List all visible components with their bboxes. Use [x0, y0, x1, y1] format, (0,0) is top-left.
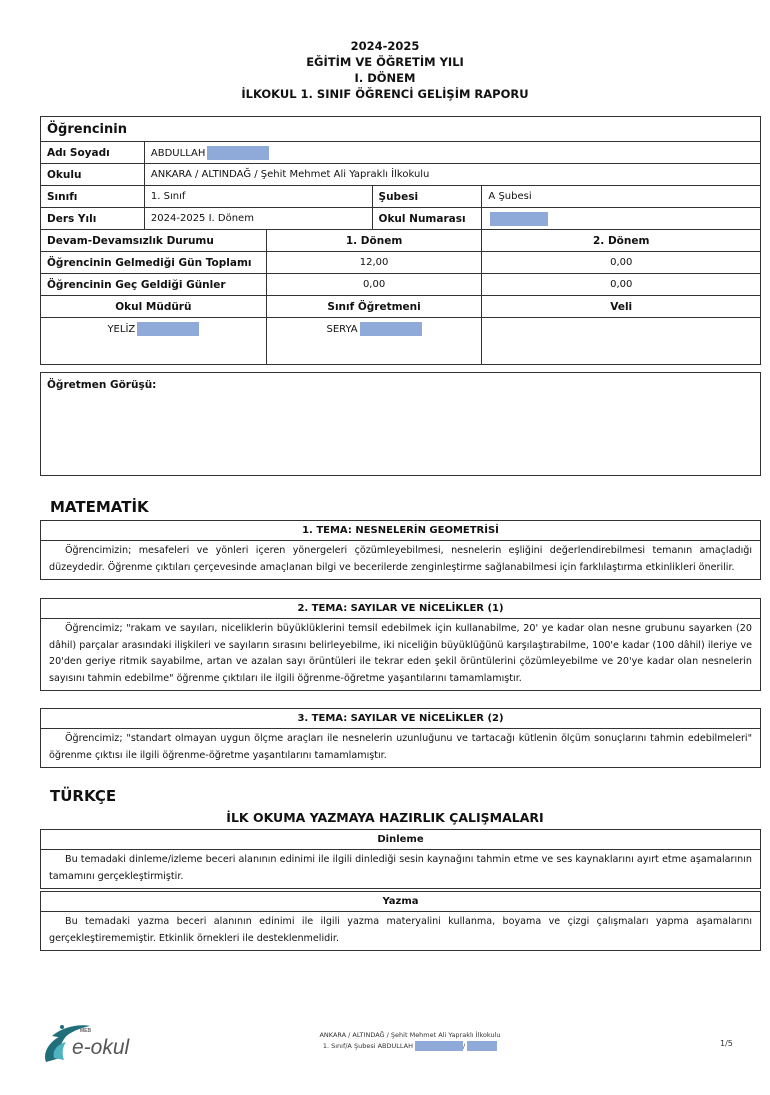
attendance-row: Öğrencinin Gelmediği Gün Toplamı 12,00 0… [41, 252, 761, 274]
name-value: ABDULLAH [151, 148, 205, 159]
theme-title: Yazma [41, 892, 760, 912]
late-days-term2: 0,00 [482, 274, 761, 296]
class-value: 1. Sınıf [144, 186, 372, 208]
report-header: 2024-2025 EĞİTİM VE ÖĞRETİM YILI I. DÖNE… [0, 38, 770, 102]
turkish-subtitle: İLK OKUMA YAZMAYA HAZIRLIK ÇALIŞMALARI [0, 810, 770, 825]
redacted-teacher-surname [360, 322, 422, 336]
teacher-signature: SERYA [266, 318, 482, 365]
absent-days-label: Öğrencinin Gelmediği Gün Toplamı [41, 252, 267, 274]
redacted-principal-surname [137, 322, 199, 336]
branch-value: A Şubesi [482, 186, 761, 208]
e-okul-swoosh-icon: MEB e-okul [40, 1018, 160, 1068]
branch-label: Şubesi [372, 186, 482, 208]
theme-text: Öğrencimiz; "standart olmayan uygun ölçm… [41, 729, 760, 767]
turkish-theme-listening: Dinleme Bu temadaki dinleme/izleme becer… [40, 829, 761, 889]
name-label: Adı Soyadı [41, 142, 145, 164]
parent-label: Veli [482, 296, 761, 318]
footer-info: ANKARA / ALTINDAĞ / Şehit Mehmet Ali Yap… [260, 1030, 560, 1052]
svg-text:e-okul: e-okul [72, 1036, 131, 1059]
redacted-footer-number [467, 1041, 497, 1051]
footer-school: ANKARA / ALTINDAĞ / Şehit Mehmet Ali Yap… [260, 1030, 560, 1041]
number-cell [482, 208, 761, 230]
principal-label: Okul Müdürü [41, 296, 267, 318]
year-value: 2024-2025 I. Dönem [144, 208, 372, 230]
theme-title: 3. TEMA: SAYILAR VE NİCELİKLER (2) [41, 709, 760, 729]
turkish-theme-writing: Yazma Bu temadaki yazma beceri alanının … [40, 891, 761, 951]
header-academic-year: EĞİTİM VE ÖĞRETİM YILI [0, 54, 770, 70]
footer-student: 1. Sınıf/A Şubesi ABDULLAH/ [260, 1041, 560, 1052]
theme-text: Bu temadaki yazma beceri alanının edinim… [41, 912, 760, 950]
student-section-title: Öğrencinin [41, 117, 761, 142]
student-info-table: Öğrencinin Adı Soyadı ABDULLAH Okulu ANK… [40, 116, 761, 365]
redacted-number [490, 212, 548, 226]
teacher-label: Sınıf Öğretmeni [266, 296, 482, 318]
late-days-label: Öğrencinin Geç Geldiği Günler [41, 274, 267, 296]
parent-signature [482, 318, 761, 365]
absent-days-term2: 0,00 [482, 252, 761, 274]
report-title: İLKOKUL 1. SINIF ÖĞRENCİ GELİŞİM RAPORU [0, 86, 770, 102]
attendance-row: Öğrencinin Geç Geldiği Günler 0,00 0,00 [41, 274, 761, 296]
redacted-footer-surname [415, 1041, 463, 1051]
math-theme-3: 3. TEMA: SAYILAR VE NİCELİKLER (2) Öğren… [40, 708, 761, 768]
name-cell: ABDULLAH [144, 142, 760, 164]
term1-header: 1. Dönem [266, 230, 482, 252]
school-value: ANKARA / ALTINDAĞ / Şehit Mehmet Ali Yap… [144, 164, 760, 186]
attendance-header-label: Devam-Devamsızlık Durumu [41, 230, 267, 252]
theme-title: 1. TEMA: NESNELERİN GEOMETRİSİ [41, 521, 760, 541]
school-label: Okulu [41, 164, 145, 186]
header-year: 2024-2025 [0, 38, 770, 54]
redacted-surname [207, 146, 269, 160]
footer-student-name: 1. Sınıf/A Şubesi ABDULLAH [323, 1042, 413, 1050]
theme-title: 2. TEMA: SAYILAR VE NİCELİKLER (1) [41, 599, 760, 619]
math-section-title: MATEMATİK [50, 498, 149, 516]
year-label: Ders Yılı [41, 208, 145, 230]
teacher-opinion-label: Öğretmen Görüşü: [47, 379, 156, 391]
math-theme-2: 2. TEMA: SAYILAR VE NİCELİKLER (1) Öğren… [40, 598, 761, 691]
absent-days-term1: 12,00 [266, 252, 482, 274]
theme-text: Öğrencimizin; mesafeleri ve yönleri içer… [41, 541, 760, 579]
number-label: Okul Numarası [372, 208, 482, 230]
page-number: 1/5 [720, 1039, 733, 1048]
math-theme-1: 1. TEMA: NESNELERİN GEOMETRİSİ Öğrencimi… [40, 520, 761, 580]
header-term: I. DÖNEM [0, 70, 770, 86]
principal-signature: YELİZ [41, 318, 267, 365]
theme-text: Öğrencimiz; "rakam ve sayıları, nicelikl… [41, 619, 760, 690]
turkish-section-title: TÜRKÇE [50, 787, 116, 805]
late-days-term1: 0,00 [266, 274, 482, 296]
class-label: Sınıfı [41, 186, 145, 208]
teacher-opinion-box: Öğretmen Görüşü: [40, 372, 761, 476]
theme-title: Dinleme [41, 830, 760, 850]
e-okul-logo: MEB e-okul [40, 1018, 160, 1068]
svg-text:MEB: MEB [80, 1028, 92, 1034]
term2-header: 2. Dönem [482, 230, 761, 252]
teacher-name: SERYA [326, 324, 357, 335]
theme-text: Bu temadaki dinleme/izleme beceri alanın… [41, 850, 760, 888]
principal-name: YELİZ [107, 324, 135, 335]
